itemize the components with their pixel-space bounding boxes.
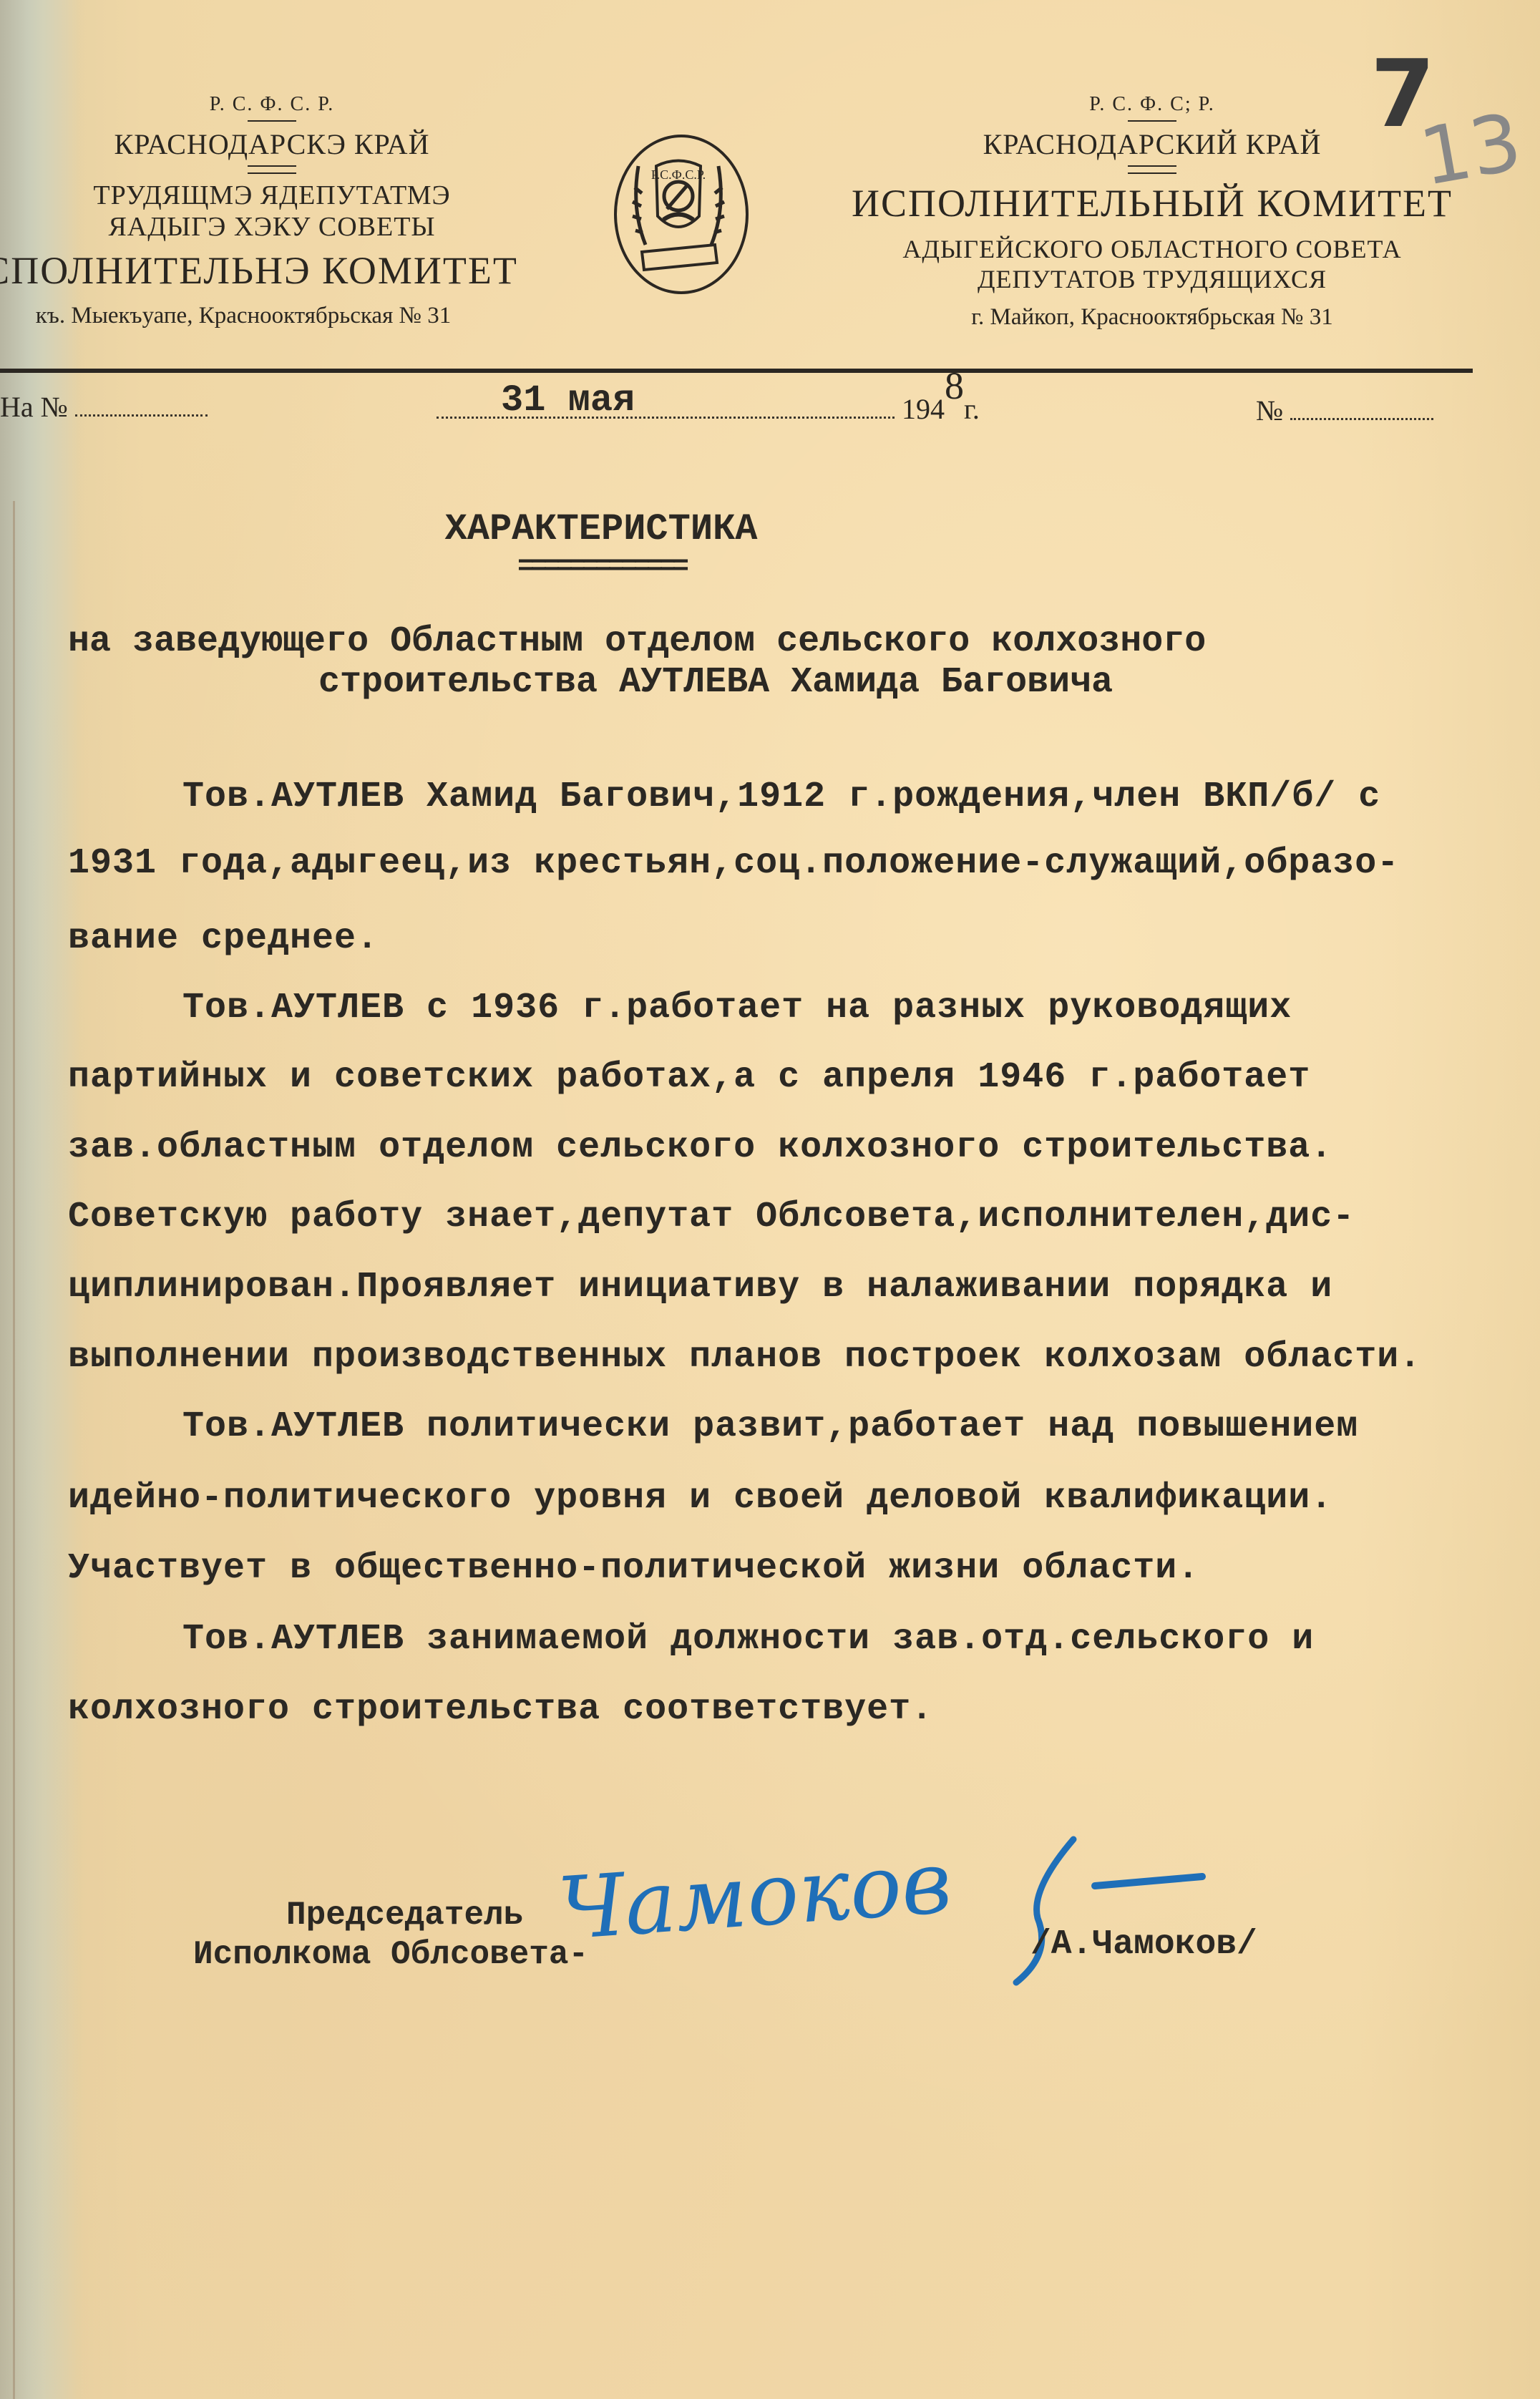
body-line: партийных и советских работах,а с апреля… <box>68 1057 1310 1098</box>
council-line2-right: ДЕПУТАТОВ ТРУДЯЩИХСЯ <box>830 264 1474 294</box>
region-label-left: КРАСНОДАРСКЭ КРАЙ <box>0 127 544 161</box>
divider <box>248 120 296 122</box>
committee-label-left: ИСПОЛНИТЕЛЬНЭ КОМИТЕТ <box>0 248 544 293</box>
council-line1-right: АДЫГЕЙСКОГО ОБЛАСТНОГО СОВЕТА <box>830 234 1474 264</box>
divider <box>1128 120 1176 122</box>
signatory-position-line2: Исполкома Облсовета- <box>193 1936 588 1973</box>
letterhead-rule <box>0 369 1473 373</box>
body-line: колхозного строительства соответствует. <box>68 1689 933 1730</box>
body-line: Тов.АУТЛЕВ занимаемой должности зав.отд.… <box>182 1619 1314 1660</box>
body-line: циплинирован.Проявляет инициативу в нала… <box>68 1267 1332 1308</box>
body-line: Тов.АУТЛЕВ политически развит,работает н… <box>182 1406 1358 1447</box>
double-divider <box>248 165 296 174</box>
emblem-graphic: Р.С.Ф.С.Р. <box>617 137 740 286</box>
svg-text:Р.С.Ф.С.Р.: Р.С.Ф.С.Р. <box>651 167 706 182</box>
body-line: идейно-политического уровня и своей дело… <box>68 1478 1332 1519</box>
number-blank <box>1290 418 1433 420</box>
date-day-month: 31 мая <box>501 379 635 422</box>
body-line: Советскую работу знает,депутат Облсовета… <box>68 1197 1355 1237</box>
outgoing-number-field: № <box>1256 394 1433 427</box>
body-line: Участвует в общественно-политической жиз… <box>68 1548 1199 1589</box>
rsfsr-coat-of-arms-icon: Р.С.Ф.С.Р. <box>614 135 749 294</box>
year-prefix: 194 <box>902 393 945 425</box>
year-suffix: 8 <box>945 364 964 407</box>
committee-label-right: ИСПОЛНИТЕЛЬНЫЙ КОМИТЕТ <box>830 181 1474 225</box>
body-line: Тов.АУТЛЕВ с 1936 г.работает на разных р… <box>182 988 1292 1028</box>
document-title: ХАРАКТЕРИСТИКА <box>401 508 801 550</box>
council-line1-left: ТРУДЯЩМЭ ЯДЕПУТАТМЭ <box>0 180 544 211</box>
body-line: 1931 года,адыгеец,из крестьян,соц.положе… <box>68 843 1399 884</box>
subtitle-line1: на заведующего Областным отделом сельско… <box>68 621 1206 662</box>
in-reply-blank <box>75 414 208 417</box>
address-right: г. Майкоп, Краснооктябрьская № 31 <box>830 304 1474 331</box>
in-reply-field: На № <box>0 390 208 424</box>
subtitle-line2: строительства АУТЛЕВА Хамида Баговича <box>318 662 1113 703</box>
republic-label-left: Р. С. Ф. С. Р. <box>0 93 544 116</box>
double-divider <box>1128 165 1176 174</box>
title-underline: ============= <box>401 551 801 583</box>
signature-flourish-icon <box>988 1832 1224 1990</box>
typed-signatory-name: /А.Чамоков/ <box>1030 1925 1257 1964</box>
letterhead-left: Р. С. Ф. С. Р. КРАСНОДАРСКЭ КРАЙ ТРУДЯЩМ… <box>0 93 544 329</box>
address-left: къ. Мыекъуапе, Краснооктябрьская № 31 <box>0 303 544 329</box>
in-reply-label: На № <box>0 391 68 423</box>
number-label: № <box>1256 394 1283 427</box>
body-line: Тов.АУТЛЕВ Хамид Багович,1912 г.рождения… <box>182 777 1380 817</box>
council-line2-left: ЯАДЫГЭ ХЭКУ СОВЕТЫ <box>0 211 544 243</box>
date-field: 31 мая 1948г. <box>437 379 980 428</box>
date-blank: 31 мая <box>437 379 895 419</box>
body-line: выполнении производственных планов постр… <box>68 1337 1421 1378</box>
year-unit: г. <box>964 393 980 425</box>
pencil-alt-number: 13 <box>1413 96 1528 203</box>
signatory-position-line1: Председатель <box>286 1897 523 1934</box>
page-fold-line <box>13 501 15 2399</box>
body-line: зав.областным отделом сельского колхозно… <box>68 1127 1332 1168</box>
body-line: вание среднее. <box>68 918 379 959</box>
